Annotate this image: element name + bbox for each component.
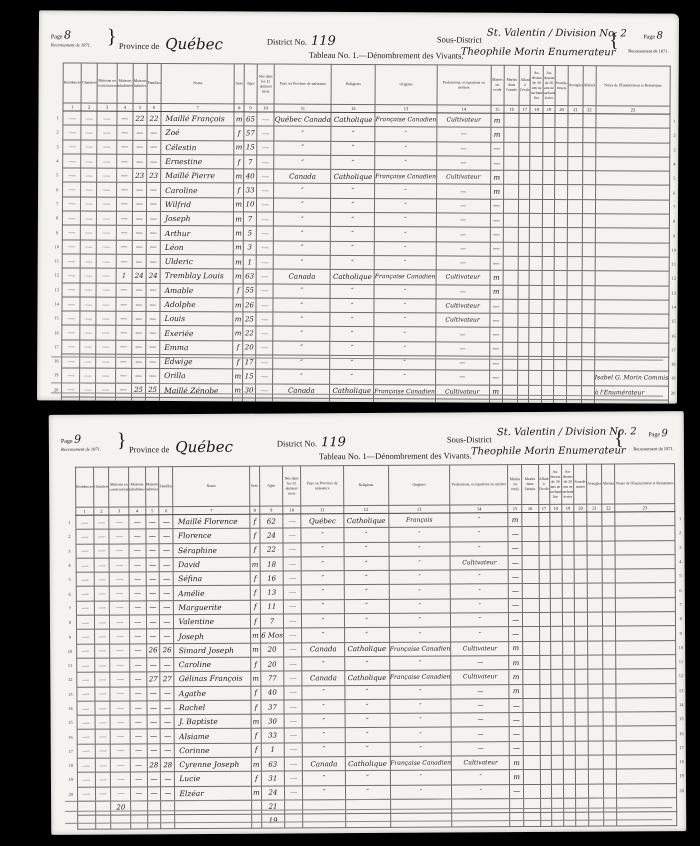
house-number: — [132,240,146,254]
read-cell [529,328,541,342]
column-number: 15 [508,505,522,513]
married-cell: m [490,170,503,184]
married-cell: — [490,242,503,256]
sex-cell: f [234,126,244,140]
uninhabited-cell: — [116,326,132,340]
write-cell [562,512,574,526]
occupation-cell: — [436,199,490,214]
born-cell: — [283,600,302,614]
line-number: 3 [675,540,684,554]
line-number: 10 [52,240,63,254]
born-cell: — [283,628,302,642]
born-cell: — [283,657,302,671]
blank-cell [115,397,131,404]
construction-cell: — [110,644,130,658]
line-number: 1 [63,515,75,529]
page-number-left: Page 9 [61,433,81,446]
origin-cell: ″ [389,599,451,614]
married-cell: — [509,570,523,584]
age-cell: 62 [260,514,283,528]
insane-cell [603,698,616,712]
line-number: 2 [670,128,678,142]
read-cell [529,285,541,299]
page-number-right: Page 8 [643,30,663,41]
column-number: 17 [538,504,549,512]
blank-cell [529,399,541,403]
line-number: 16 [669,329,677,343]
married-year-cell [503,328,519,342]
write-cell [542,156,554,170]
origin-cell: ″ [375,141,437,156]
column-number: 16 [522,504,539,512]
age-cell: 7 [261,614,284,628]
person-name: Lucie [175,772,251,787]
column-header-occupation: Professions, occupations ou métiers [450,465,509,505]
origin-cell: ″ [390,713,452,728]
school-cell [519,228,530,242]
married-cell: m [490,185,503,199]
born-cell: — [283,571,302,585]
person-name: Amable [160,283,233,298]
origin-cell: ″ [389,685,451,700]
insane-cell [604,755,617,769]
insane-cell [603,641,616,655]
residence-cell: — [62,283,80,297]
column-header-religion: Religions [343,465,388,505]
occupation-cell: Cultivateur [436,270,490,285]
write-cell [542,185,554,199]
remarks-cell [616,683,677,698]
column-number: 20 [555,106,568,114]
residence-cell: — [76,615,94,629]
chantier-cell: — [95,744,111,758]
residence-cell: — [62,368,80,382]
age-cell: 5 [244,226,257,240]
blind-cell [588,669,603,683]
column-number: 6 [147,103,161,111]
blank-cell [594,400,669,404]
brace-glyph: { [609,30,619,50]
school-cell [539,655,550,669]
birthplace-cell: ″ [274,126,331,141]
born-cell: — [284,685,303,699]
sex-cell: f [233,341,243,355]
write-cell [562,527,574,541]
chantier-cell: — [81,183,97,197]
school-cell [540,727,551,741]
line-number: 6 [52,182,63,196]
tally-cell: 20 [111,801,131,815]
residence-cell: — [76,558,94,572]
family-number: — [146,197,160,211]
write-cell [562,555,574,569]
school-cell [539,512,550,526]
sex-cell: m [233,312,243,326]
blind-cell [588,598,603,612]
age-cell: 3 [243,241,256,255]
born-cell: — [284,786,303,800]
blind-cell [568,142,583,156]
uninhabited-cell: — [129,543,145,557]
birthplace-cell: ″ [302,614,344,629]
remarks-cell [615,597,676,612]
blank-cell [390,799,452,813]
person-name: J. Baptiste [175,714,251,729]
line-number: 12 [64,673,76,687]
line-number: 13 [64,687,76,701]
blank-cell [524,798,541,812]
married-year-cell [502,385,518,399]
blank-cell [161,801,175,815]
family-number: — [147,183,161,197]
origin-cell: ″ [390,770,452,785]
blank-cell [95,801,111,815]
origin-cell: Française Canadien [375,170,437,185]
blank-cell [147,801,161,815]
deaf-cell [576,727,589,741]
birthplace-cell: Québec [301,514,343,529]
occupation-cell: ″ [452,784,510,799]
house-number: — [133,197,147,211]
enumerator-name: Theophile Morin Enumerateur [471,445,626,457]
chantier-cell: — [95,687,111,701]
district-field: District No.119 [277,435,346,450]
religion-cell: ″ [331,227,375,242]
chantier-cell: — [81,154,97,168]
family-number: — [160,701,174,715]
line-number: 19 [51,368,62,382]
age-cell: 24 [260,528,283,542]
remarks-cell [596,114,671,129]
remarks-cell [615,526,676,541]
remarks-cell [594,328,669,343]
construction-cell: — [96,297,116,311]
line-number: 9 [52,225,63,239]
blank-cell [581,400,594,404]
uninhabited-cell: — [130,701,146,715]
sex-cell: f [251,700,262,714]
read-cell [530,171,542,185]
write-cell [542,328,554,342]
sex-cell: m [251,786,262,800]
married-year-cell [523,698,540,712]
remarks-cell [595,300,670,315]
origin-cell: ″ [389,542,451,557]
religion-cell: Catholique [330,270,374,285]
house-number: — [132,369,146,383]
insane-cell [583,199,596,213]
blind-cell [567,328,582,342]
blank-cell [374,399,436,404]
insane-cell [582,371,595,385]
construction-cell: — [96,226,116,240]
occupation-cell: — [436,327,490,342]
chantier-cell: — [94,544,110,558]
person-name: Simard Joseph [174,643,250,658]
deaf-cell [574,526,587,540]
married-cell: — [490,199,503,213]
insane-cell [603,612,616,626]
insane-cell [582,300,595,314]
read-cell [529,271,541,285]
uninhabited-cell: — [129,601,145,615]
origin-cell: Française Canadien [389,670,451,685]
column-number: 20 [574,504,587,512]
age-cell: 24 [262,786,285,800]
family-number: — [160,715,174,729]
line-number: 4 [675,554,684,568]
house-number: — [132,254,146,268]
school-cell [518,285,529,299]
religion-cell: Catholique [345,756,390,771]
occupation-cell: — [451,698,509,713]
write-cell [562,541,574,555]
line-number: 18 [669,357,677,371]
occupation-cell: ″ [450,513,508,528]
uninhabited-cell: — [129,586,145,600]
line-number: 8 [64,615,76,629]
age-cell: 65 [244,112,257,126]
tableau-title: Tableau No. 1—Dénombrement des Vivants. [319,450,472,461]
deaf-cell [575,598,588,612]
family-number: 23 [147,169,161,183]
family-number: — [147,126,161,140]
blind-cell [587,555,602,569]
remarks-cell [594,342,669,357]
age-cell: 11 [260,600,283,614]
read-cell [530,213,542,227]
school-cell [518,313,529,327]
remarks-cell [616,712,677,727]
line-number: 3 [64,544,76,558]
uninhabited-cell: — [130,715,146,729]
line-number: 6 [64,587,76,601]
insane-cell [582,228,595,242]
column-header-c5: Maisons habitées [145,467,159,507]
blind-cell [568,128,583,142]
column-number: 1 [75,507,93,515]
school-cell [519,213,530,227]
chantier-cell: — [94,558,110,572]
birthplace-cell: ″ [274,141,331,156]
chantier-cell: — [95,672,111,686]
occupation-cell: Cultivateur [451,641,509,656]
occupation-cell: — [435,370,489,385]
remarks-cell [595,171,670,186]
column-header-married: Mariés ou veufs [491,65,504,105]
column-number: 9 [244,104,257,112]
blank-cell [159,397,232,403]
chantier-cell: — [81,140,97,154]
page-number-left: Page 8 [51,28,71,41]
birthplace-cell: ″ [273,312,330,327]
column-number: 19 [543,105,555,113]
deaf-cell [554,328,567,342]
insane-cell [604,741,617,755]
religion-cell: Catholique [345,671,390,686]
read-cell [529,314,541,328]
uninhabited-cell: — [116,226,132,240]
blind-cell [568,114,583,128]
married-year-cell [523,755,540,769]
family-number: — [160,572,174,586]
house-number: — [146,543,160,557]
read-cell [530,242,542,256]
deaf-cell [555,142,568,156]
line-number: 5 [676,569,685,583]
column-header-origins: Origines [388,465,450,505]
column-number: 3 [97,103,117,111]
read-cell [530,128,542,142]
deaf-cell [575,669,588,683]
line-number: 18 [65,758,77,772]
line-number: 19 [677,769,686,783]
column-header-c4: Maisons inhabitées [117,63,134,103]
birthplace-cell: Québec Canada [274,112,331,127]
born-cell: — [284,728,303,742]
line-number: 16 [677,726,686,740]
chantier-cell: — [95,701,111,715]
religion-cell: ″ [345,742,390,757]
married-year-cell [522,613,539,627]
insane-cell [602,512,615,526]
line-number: 10 [669,243,677,257]
residence-cell: — [76,644,94,658]
uninhabited-cell: — [115,383,131,397]
construction-cell: — [110,672,130,686]
family-number: — [146,254,160,268]
uninhabited-cell: — [117,126,133,140]
construction-cell: — [96,368,116,382]
page-number-right: Page 9 [648,428,668,439]
column-header-sex: Sexe [234,64,244,104]
chantier-cell: — [81,254,97,268]
remarks-cell [595,142,670,157]
born-cell: — [283,557,302,571]
blank-cell [132,397,146,403]
school-cell [539,527,550,541]
insane-cell [582,271,595,285]
birthplace-cell: ″ [303,728,345,743]
married-cell: — [510,713,524,727]
family-number: — [159,543,173,557]
line-number: 9 [670,229,678,243]
chantier-cell: — [80,368,96,382]
birthplace-cell: ″ [274,155,331,170]
construction-cell: — [110,687,130,701]
house-number: 24 [132,269,146,283]
write-cell [541,371,553,385]
residence-cell: — [63,111,81,125]
family-number: — [146,340,160,354]
line-number: 3 [52,139,63,153]
read-cell [550,655,562,669]
insane-cell [582,385,595,399]
province-field: Province deQuébec [119,35,223,54]
age-cell: 16 [260,571,283,585]
born-cell: — [257,112,275,126]
family-number: — [160,600,174,614]
religion-cell: ″ [345,685,390,700]
insane-cell [603,726,616,740]
residence-cell: — [76,544,94,558]
person-name: Caroline [161,183,234,198]
person-name: Ernestine [161,154,234,169]
age-cell: 30 [243,384,256,398]
uninhabited-cell: — [129,558,145,572]
person-name: Arthur [160,226,233,241]
religion-cell: ″ [345,728,390,743]
occupation-cell: — [436,156,490,171]
read-cell [551,755,563,769]
remarks-cell [615,583,676,598]
family-number: — [146,211,160,225]
deaf-cell [575,655,588,669]
sex-cell: f [233,283,243,297]
read-cell [551,684,563,698]
family-number: 28 [161,758,175,772]
uninhabited-cell: — [116,168,132,182]
column-header-deaf: Sourds-muets [555,66,568,106]
column-number: 22 [583,106,596,114]
blank-cell [518,399,529,403]
uninhabited-cell: — [131,786,147,800]
construction-cell: — [97,183,117,197]
school-cell [519,142,530,156]
married-cell: — [489,371,502,385]
construction-cell: — [96,240,116,254]
blank-cell [284,800,303,814]
line-number: 4 [64,558,76,572]
blank-cell [576,798,589,812]
blind-cell [588,612,603,626]
column-number: 10 [283,506,302,514]
column-header-name: Noms [173,466,249,506]
uninhabited-cell: — [129,572,145,586]
deaf-cell [554,256,567,270]
column-header-name: Noms [161,63,234,103]
residence-cell: — [76,572,94,586]
write-cell [563,641,575,655]
sex-cell: m [233,326,243,340]
deaf-cell [554,314,567,328]
blank-cell [540,798,551,812]
occupation-cell: Cultivateur [451,670,509,685]
family-number: — [146,226,160,240]
age-cell: 1 [261,743,284,757]
deaf-cell [574,555,587,569]
married-cell: — [509,698,523,712]
remarks-cell [616,740,677,755]
line-number: 11 [676,655,685,669]
family-number: — [159,515,173,529]
line-number: 4 [670,157,678,171]
residence-cell: — [76,601,94,615]
write-cell [563,669,575,683]
sex-cell: f [250,614,261,628]
column-header-married_year: Mariés dans l'année [504,65,520,105]
column-number: 6 [159,507,173,515]
line-number: 2 [52,125,63,139]
origin-cell: ″ [389,556,451,571]
column-number: 19 [562,504,574,512]
write-cell [563,627,575,641]
age-cell: 22 [243,326,256,340]
write-cell [543,128,555,142]
family-number: 27 [160,672,174,686]
blind-cell [568,156,583,170]
line-number: 17 [677,740,686,754]
